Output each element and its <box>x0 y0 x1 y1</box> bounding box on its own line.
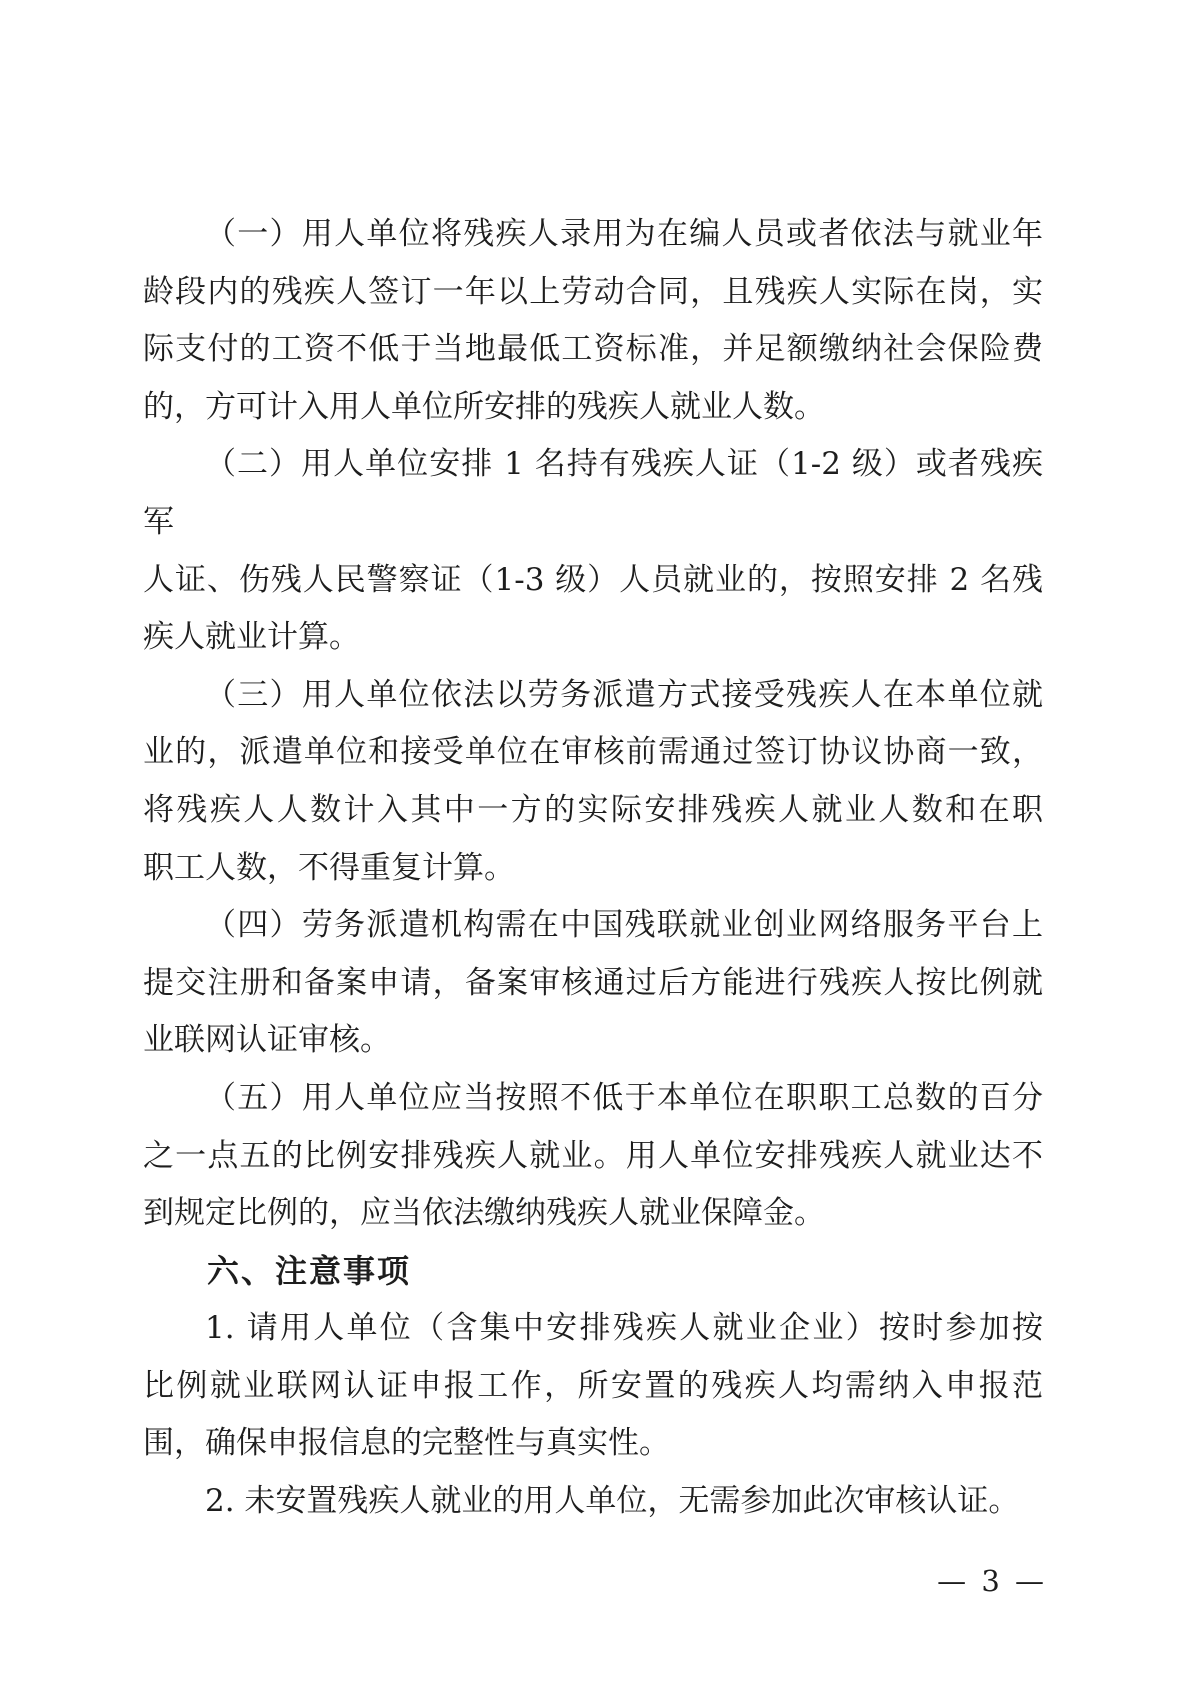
page-number: — 3 — <box>937 1564 1047 1598</box>
text-line: 龄段内的残疾人签订一年以上劳动合同，且残疾人实际在岗，实 <box>143 264 1043 322</box>
text-line: 围，确保申报信息的完整性与真实性。 <box>143 1415 1043 1473</box>
text-line: 将残疾人人数计入其中一方的实际安排残疾人就业人数和在职 <box>143 782 1043 840</box>
text-line: 提交注册和备案申请，备案审核通过后方能进行残疾人按比例就 <box>143 955 1043 1013</box>
text-line: 的，方可计入用人单位所安排的残疾人就业人数。 <box>143 379 1043 437</box>
paragraph: （五）用人单位应当按照不低于本单位在职职工总数的百分之一点五的比例安排残疾人就业… <box>143 1070 1043 1243</box>
text-line: （四）劳务派遣机构需在中国残联就业创业网络服务平台上 <box>143 897 1043 955</box>
text-line: 六、注意事项 <box>143 1243 1043 1301</box>
document-body: （一）用人单位将残疾人录用为在编人员或者依法与就业年龄段内的残疾人签订一年以上劳… <box>143 206 1043 1531</box>
text-line: 之一点五的比例安排残疾人就业。用人单位安排残疾人就业达不 <box>143 1128 1043 1186</box>
text-line: （二）用人单位安排 1 名持有残疾人证（1-2 级）或者残疾军 <box>143 436 1043 551</box>
text-line: （五）用人单位应当按照不低于本单位在职职工总数的百分 <box>143 1070 1043 1128</box>
text-line: 1. 请用人单位（含集中安排残疾人就业企业）按时参加按 <box>143 1300 1043 1358</box>
paragraph: （一）用人单位将残疾人录用为在编人员或者依法与就业年龄段内的残疾人签订一年以上劳… <box>143 206 1043 436</box>
text-line: （三）用人单位依法以劳务派遣方式接受残疾人在本单位就 <box>143 667 1043 725</box>
section-heading: 六、注意事项 <box>143 1243 1043 1301</box>
document-page: （一）用人单位将残疾人录用为在编人员或者依法与就业年龄段内的残疾人签订一年以上劳… <box>0 0 1199 1696</box>
paragraph: 1. 请用人单位（含集中安排残疾人就业企业）按时参加按比例就业联网认证申报工作，… <box>143 1300 1043 1473</box>
text-line: （一）用人单位将残疾人录用为在编人员或者依法与就业年 <box>143 206 1043 264</box>
text-line: 到规定比例的，应当依法缴纳残疾人就业保障金。 <box>143 1185 1043 1243</box>
paragraph: （四）劳务派遣机构需在中国残联就业创业网络服务平台上提交注册和备案申请，备案审核… <box>143 897 1043 1070</box>
text-line: 人证、伤残人民警察证（1-3 级）人员就业的，按照安排 2 名残 <box>143 552 1043 610</box>
text-line: 职工人数，不得重复计算。 <box>143 840 1043 898</box>
text-line: 际支付的工资不低于当地最低工资标准，并足额缴纳社会保险费 <box>143 321 1043 379</box>
text-line: 比例就业联网认证申报工作，所安置的残疾人均需纳入申报范 <box>143 1358 1043 1416</box>
paragraph: （二）用人单位安排 1 名持有残疾人证（1-2 级）或者残疾军人证、伤残人民警察… <box>143 436 1043 666</box>
paragraph: （三）用人单位依法以劳务派遣方式接受残疾人在本单位就业的，派遣单位和接受单位在审… <box>143 667 1043 897</box>
text-line: 业的，派遣单位和接受单位在审核前需通过签订协议协商一致， <box>143 724 1043 782</box>
text-line: 疾人就业计算。 <box>143 609 1043 667</box>
text-line: 2. 未安置残疾人就业的用人单位，无需参加此次审核认证。 <box>143 1473 1043 1531</box>
text-line: 业联网认证审核。 <box>143 1012 1043 1070</box>
paragraph: 2. 未安置残疾人就业的用人单位，无需参加此次审核认证。 <box>143 1473 1043 1531</box>
